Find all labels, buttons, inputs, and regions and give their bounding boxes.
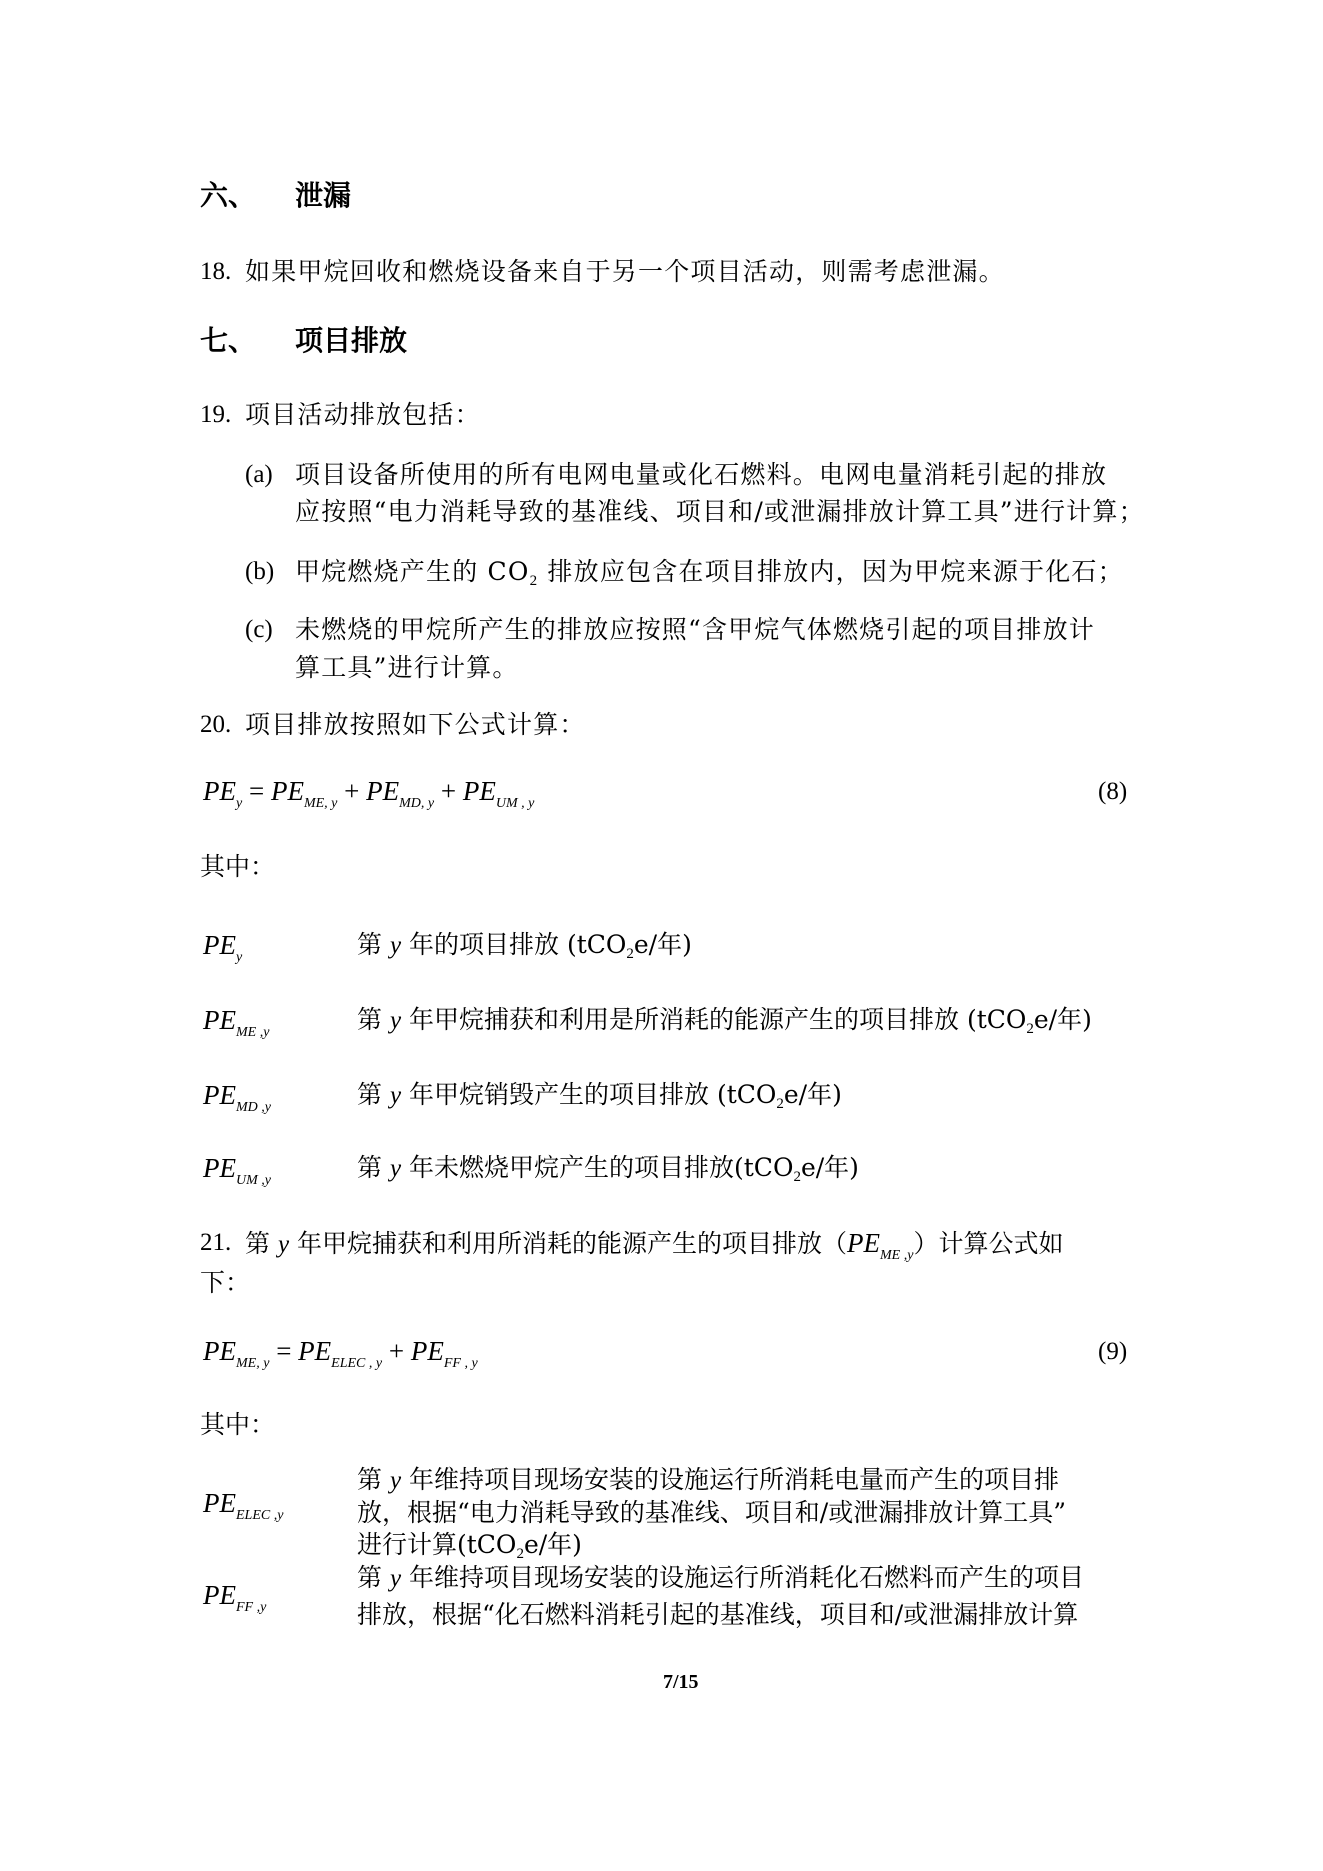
eq9-equals: = — [269, 1336, 298, 1366]
eq8-equals: = — [242, 776, 271, 806]
section-heading-project-emissions: 项目排放 — [295, 326, 407, 356]
list-item-label-a: (a) — [245, 460, 273, 490]
eq8-term-md: PE — [366, 776, 399, 806]
def-text-pe-ff-y-line-2: 排放，根据“化石燃料消耗引起的基准线，项目和/或泄漏排放计算 — [357, 1600, 1078, 1630]
list-item-b-line: 甲烷燃烧产生的 CO2 排放应包含在项目排放内，因为甲烷来源于化石； — [295, 557, 1124, 596]
def-text-pe-ff-y-line-1: 第 y 年维持项目现场安装的设施运行所消耗化石燃料而产生的项目 — [357, 1563, 1084, 1594]
def-text-pe-um-y: 第 y 年未燃烧甲烷产生的项目排放(tCO2e/年) — [357, 1153, 859, 1192]
eq8-lhs: PE — [203, 776, 236, 806]
eq9-term-elec: PE — [298, 1336, 331, 1366]
eq9-lhs: PE — [203, 1336, 236, 1366]
paragraph-number-19: 19. — [200, 400, 231, 430]
eq8-term-um-sub: UM , y — [496, 796, 535, 811]
eq8-term-um: PE — [463, 776, 496, 806]
def-text-pe-elec-y-line-1: 第 y 年维持项目现场安装的设施运行所消耗电量而产生的项目排 — [357, 1465, 1059, 1496]
list-item-label-b: (b) — [245, 557, 274, 587]
eq8-term-me-sub: ME, y — [304, 796, 337, 811]
section-heading-leakage: 泄漏 — [295, 181, 351, 211]
def-symbol-pe-ff-y: PEFF ,y — [203, 1580, 266, 1623]
eq9-plus: + — [382, 1336, 411, 1366]
def-symbol-pe-md-y: PEMD ,y — [203, 1080, 271, 1123]
eq9-term-elec-sub: ELEC , y — [331, 1356, 382, 1371]
paragraph-number-20: 20. — [200, 710, 231, 740]
equation-8: PEy = PEME, y + PEMD, y + PEUM , y — [203, 776, 534, 819]
def-symbol-pe-y: PEy — [203, 930, 242, 973]
eq9-term-ff-sub: FF , y — [444, 1356, 478, 1371]
co2-subscript: 2 — [530, 573, 539, 589]
where-label-2: 其中： — [200, 1410, 275, 1440]
page-number: 7/15 — [663, 1667, 699, 1697]
paragraph-21-line-1: 第 y 年甲烷捕获和利用所消耗的能源产生的项目排放（PEME ,y）计算公式如 — [245, 1228, 1063, 1271]
eq9-lhs-sub: ME, y — [236, 1356, 269, 1371]
def-text-pe-me-y: 第 y 年甲烷捕获和利用是所消耗的能源产生的项目排放 (tCO2e/年) — [357, 1005, 1092, 1044]
eq8-term-md-sub: MD, y — [399, 796, 434, 811]
list-item-a-line-1: 项目设备所使用的所有电网电量或化石燃料。电网电量消耗引起的排放 — [295, 460, 1107, 490]
equation-9: PEME, y = PEELEC , y + PEFF , y — [203, 1336, 478, 1379]
list-item-b-post: 排放应包含在项目排放内，因为甲烷来源于化石； — [538, 557, 1124, 586]
paragraph-19-text: 项目活动排放包括： — [245, 400, 481, 430]
paragraph-20-text: 项目排放按照如下公式计算： — [245, 710, 586, 740]
list-item-a-line-2: 应按照“电力消耗导致的基准线、项目和/或泄漏排放计算工具”进行计算； — [295, 497, 1145, 527]
def-text-pe-elec-y-line-2: 放，根据“电力消耗导致的基准线、项目和/或泄漏排放计算工具” — [357, 1498, 1066, 1528]
where-label-1: 其中： — [200, 852, 275, 882]
def-text-pe-md-y: 第 y 年甲烷销毁产生的项目排放 (tCO2e/年) — [357, 1080, 842, 1119]
eq8-plus-1: + — [337, 776, 366, 806]
list-item-c-line-1: 未燃烧的甲烷所产生的排放应按照“含甲烷气体燃烧引起的项目排放计 — [295, 615, 1095, 645]
section-heading-leakage-number: 六、 — [200, 181, 256, 211]
def-symbol-pe-um-y: PEUM ,y — [203, 1153, 271, 1196]
list-item-b-pre: 甲烷燃烧产生的 CO — [295, 557, 530, 586]
eq8-term-me: PE — [271, 776, 304, 806]
def-text-pe-y: 第 y 年的项目排放 (tCO2e/年) — [357, 930, 692, 969]
list-item-c-line-2: 算工具”进行计算。 — [295, 653, 519, 683]
paragraph-number-18: 18. — [200, 257, 231, 287]
paragraph-18-text: 如果甲烷回收和燃烧设备来自于另一个项目活动，则需考虑泄漏。 — [245, 257, 1005, 287]
list-item-label-c: (c) — [245, 615, 273, 645]
def-symbol-pe-elec-y: PEELEC ,y — [203, 1488, 283, 1531]
eq8-plus-2: + — [434, 776, 463, 806]
paragraph-number-21: 21. — [200, 1228, 231, 1258]
section-heading-project-emissions-number: 七、 — [200, 326, 256, 356]
equation-number-8: (8) — [1098, 777, 1127, 807]
def-symbol-pe-me-y: PEME ,y — [203, 1005, 269, 1048]
eq9-term-ff: PE — [411, 1336, 444, 1366]
equation-number-9: (9) — [1098, 1337, 1127, 1367]
paragraph-21-line-2: 下： — [200, 1268, 250, 1298]
